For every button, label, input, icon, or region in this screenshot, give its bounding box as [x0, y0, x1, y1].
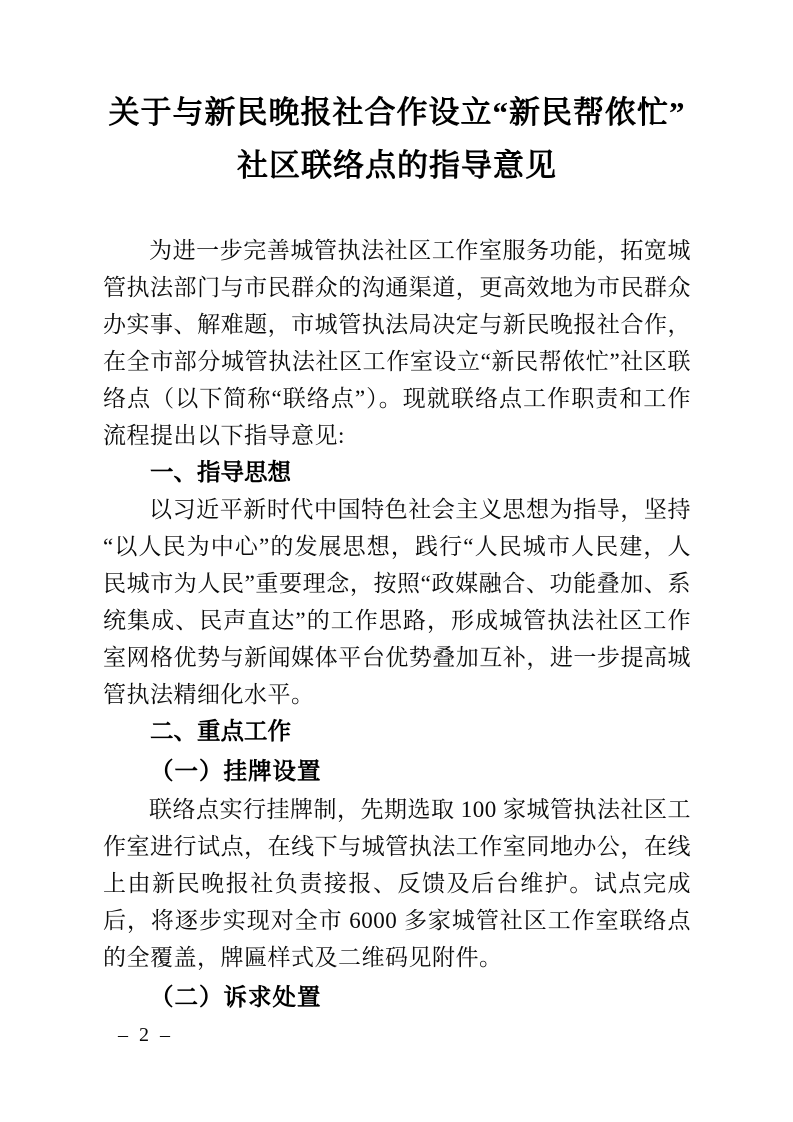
document-title-line1: 关于与新民晚报社合作设立“新民帮侬忙” — [109, 95, 686, 130]
paragraph-plaque-setup: 联络点实行挂牌制，先期选取 100 家城管执法社区工作室进行试点，在线下与城管执… — [103, 791, 691, 976]
paragraph-intro: 为进一步完善城管执法社区工作室服务功能，拓宽城管执法部门与市民群众的沟通渠道，更… — [103, 232, 691, 454]
document-title-line2: 社区联络点的指导意见 — [237, 148, 557, 183]
section-heading-guiding-ideology: 一、指导思想 — [103, 454, 691, 491]
section-heading-key-work: 二、重点工作 — [103, 713, 691, 750]
document-content: 关于与新民晚报社合作设立“新民帮侬忙” 社区联络点的指导意见 为进一步完善城管执… — [103, 86, 691, 1017]
subsection-heading-request-handling: （二）诉求处置 — [103, 980, 691, 1017]
paragraph-guiding-ideology: 以习近平新时代中国特色社会主义思想为指导，坚持“以人民为中心”的发展思想，践行“… — [103, 491, 691, 713]
subsection-heading-plaque-setup: （一）挂牌设置 — [103, 754, 691, 791]
page-number: – 2 – — [118, 1024, 173, 1047]
document-page: 关于与新民晚报社合作设立“新民帮侬忙” 社区联络点的指导意见 为进一步完善城管执… — [0, 0, 793, 1122]
document-title: 关于与新民晚报社合作设立“新民帮侬忙” 社区联络点的指导意见 — [103, 86, 691, 192]
